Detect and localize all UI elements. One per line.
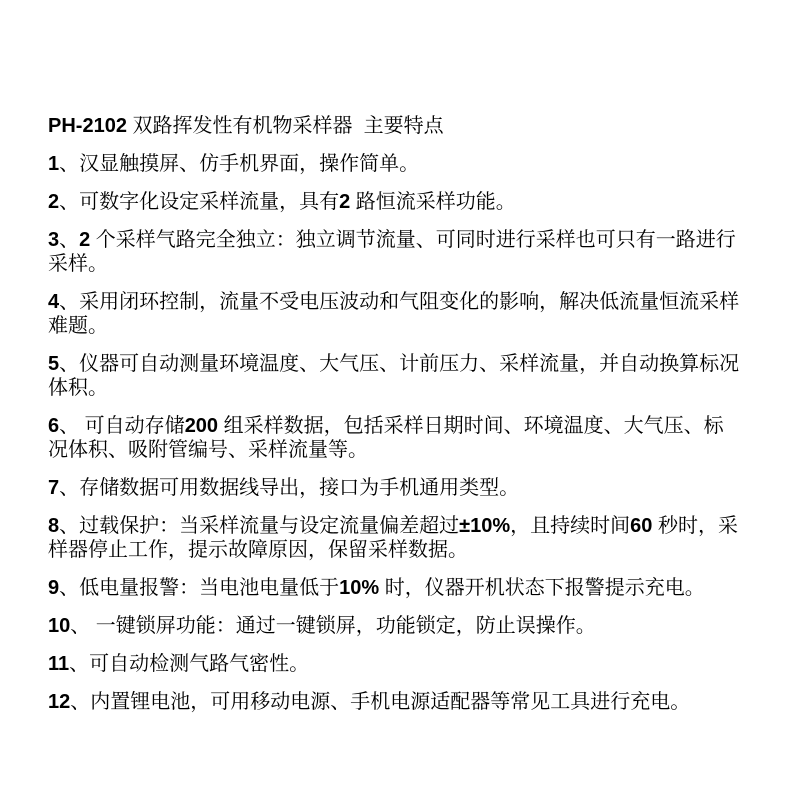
feature-item-7: 7、存储数据可用数据线导出，接口为手机通用类型。 xyxy=(48,476,742,500)
page-title: PH-2102 双路挥发性有机物采样器 主要特点 xyxy=(48,114,742,138)
feature-item-11: 11、可自动检测气路气密性。 xyxy=(48,652,742,676)
feature-item-2: 2、可数字化设定采样流量，具有2 路恒流采样功能。 xyxy=(48,190,742,214)
feature-item-12: 12、内置锂电池，可用移动电源、手机电源适配器等常见工具进行充电。 xyxy=(48,690,742,714)
feature-item-6: 6、 可自动存储200 组采样数据，包括采样日期时间、环境温度、大气压、标况体积… xyxy=(48,414,742,462)
feature-item-1: 1、汉显触摸屏、仿手机界面，操作简单。 xyxy=(48,152,742,176)
document-page: PH-2102 双路挥发性有机物采样器 主要特点 1、汉显触摸屏、仿手机界面，操… xyxy=(0,0,800,800)
feature-item-9: 9、低电量报警：当电池电量低于10% 时，仪器开机状态下报警提示充电。 xyxy=(48,576,742,600)
feature-item-4: 4、采用闭环控制，流量不受电压波动和气阻变化的影响，解决低流量恒流采样难题。 xyxy=(48,290,742,338)
feature-item-10: 10、 一键锁屏功能：通过一键锁屏，功能锁定，防止误操作。 xyxy=(48,614,742,638)
feature-item-8: 8、过载保护：当采样流量与设定流量偏差超过±10%，且持续时间60 秒时，采样器… xyxy=(48,514,742,562)
feature-item-5: 5、仪器可自动测量环境温度、大气压、计前压力、采样流量，并自动换算标况体积。 xyxy=(48,352,742,400)
feature-item-3: 3、2 个采样气路完全独立：独立调节流量、可同时进行采样也可只有一路进行采样。 xyxy=(48,228,742,276)
